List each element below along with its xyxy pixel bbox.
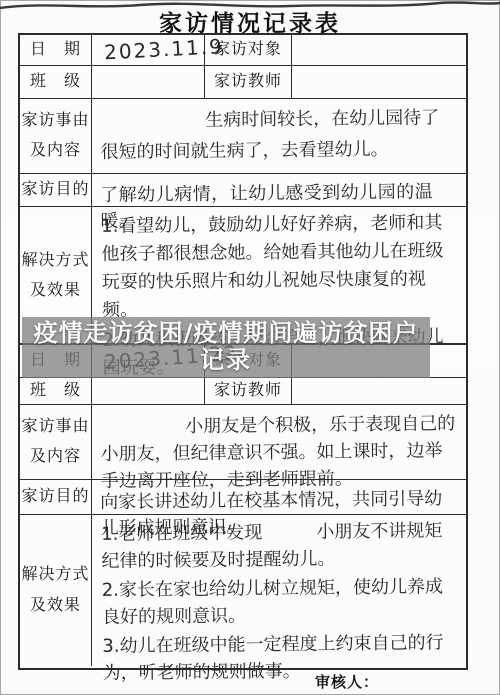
visit2-purpose-value: 向家长讲述幼儿在校基本情况，共同引导幼儿形成规则意识。 bbox=[92, 480, 466, 514]
visit2-row-reason: 家访事由 及内容 小朋友是个积极，乐于表现自己的小朋友，但纪律意识不强。如上课时… bbox=[20, 405, 466, 480]
solution-item: 1.看望幼儿，鼓励幼儿好好养病，老师和其他孩子都很想念她。给她看其他幼儿在班级玩… bbox=[101, 209, 458, 325]
solution-item: 1.老师在班级中发现 小朋友不讲规矩纪律的时候要及时提醒幼儿。 bbox=[101, 517, 458, 575]
watermark-banner: 疫情走访贫困/疫情期间遍访贫困户 记录 bbox=[22, 317, 430, 378]
visit2-teacher-label: 家访教师 bbox=[205, 378, 292, 404]
solution-item: 3.幼儿在班级中能一定程度上约束自己的行为，听老师的规则做事。 bbox=[102, 629, 459, 687]
handwritten-solution: 1.老师在班级中发现 小朋友不讲规矩纪律的时候要及时提醒幼儿。 2.家长在家也给… bbox=[92, 511, 468, 687]
visit1-teacher-value bbox=[292, 66, 466, 98]
visit2-teacher-value bbox=[292, 378, 466, 404]
solution-item: 2.家长在家也给幼儿树立规矩，使幼儿养成良好的规则意识。 bbox=[102, 573, 459, 631]
visit2-purpose-label: 家访目的 bbox=[20, 480, 92, 514]
visit1-purpose-label: 家访目的 bbox=[20, 174, 92, 206]
reason-label-line2: 及内容 bbox=[30, 136, 81, 166]
solution-label-line1: 解决方式 bbox=[21, 246, 89, 276]
visit1-target-label: 家访对象 bbox=[205, 35, 292, 65]
visit1-row-purpose: 家访目的 了解幼儿病情，让幼儿感受到幼儿园的温暖。 bbox=[20, 174, 466, 207]
visit1-reason-value: 生病时间较长，在幼儿园待了很短的时间就生病了，去看望幼儿。 bbox=[92, 99, 466, 173]
visit2-class-value bbox=[92, 378, 205, 404]
visit1-reason-label: 家访事由 及内容 bbox=[20, 99, 92, 173]
visit1-date-value: 2023.11.9 bbox=[92, 35, 205, 65]
visit1-row-reason: 家访事由 及内容 生病时间较长，在幼儿园待了很短的时间就生病了，去看望幼儿。 bbox=[20, 99, 466, 174]
visit2-reason-label: 家访事由 及内容 bbox=[20, 405, 92, 479]
solution-label-line2: 及效果 bbox=[30, 591, 81, 621]
watermark-text-line1: 疫情走访贫困/疫情期间遍访贫困户 bbox=[34, 320, 419, 346]
visit1-class-label: 班 级 bbox=[20, 66, 92, 98]
visit1-purpose-value: 了解幼儿病情，让幼儿感受到幼儿园的温暖。 bbox=[92, 174, 466, 206]
solution-label-line2: 及效果 bbox=[30, 276, 81, 306]
visit1-date-label: 日 期 bbox=[20, 35, 92, 65]
reviewer-label: 审核人： bbox=[315, 671, 379, 692]
watermark-text-line2: 记录 bbox=[200, 347, 252, 375]
visit1-teacher-label: 家访教师 bbox=[205, 66, 292, 98]
visit2-solution-label: 解决方式 及效果 bbox=[20, 515, 92, 666]
visit2-table: 日 期 2023.11.22 家访对象 班 级 家访教师 家访事由 及内容 小朋… bbox=[18, 345, 468, 670]
visit2-class-label: 班 级 bbox=[20, 378, 92, 404]
visit1-target-value bbox=[292, 35, 466, 65]
visit1-row-date: 日 期 2023.11.9 家访对象 bbox=[20, 35, 466, 66]
reason-label-line1: 家访事由 bbox=[21, 106, 89, 136]
visit2-row-solution: 解决方式 及效果 1.老师在班级中发现 小朋友不讲规矩纪律的时候要及时提醒幼儿。… bbox=[20, 515, 466, 666]
visit1-row-class: 班 级 家访教师 bbox=[20, 66, 466, 99]
visit1-class-value bbox=[92, 66, 205, 98]
solution-label-line1: 解决方式 bbox=[21, 560, 89, 590]
handwritten-date: 2023.11.9 bbox=[91, 29, 204, 65]
handwritten-reason: 生病时间较长，在幼儿园待了很短的时间就生病了，去看望幼儿。 bbox=[92, 95, 467, 168]
visit2-reason-value: 小朋友是个积极，乐于表现自己的小朋友，但纪律意识不强。如上课时，边举手边离开座位… bbox=[92, 405, 466, 479]
reason-label-line1: 家访事由 bbox=[21, 412, 89, 442]
visit2-solution-value: 1.老师在班级中发现 小朋友不讲规矩纪律的时候要及时提醒幼儿。 2.家长在家也给… bbox=[92, 515, 466, 666]
reason-label-line2: 及内容 bbox=[30, 442, 81, 472]
visit2-row-purpose: 家访目的 向家长讲述幼儿在校基本情况，共同引导幼儿形成规则意识。 bbox=[20, 480, 466, 515]
visit1-table: 日 期 2023.11.9 家访对象 班 级 家访教师 家访事由 及内容 生病时… bbox=[18, 33, 468, 345]
